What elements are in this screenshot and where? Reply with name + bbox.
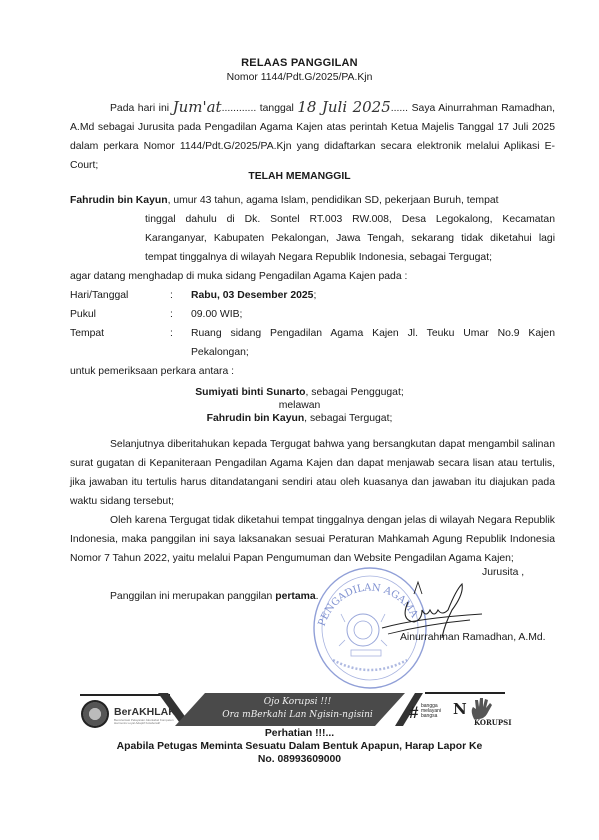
attention-heading: Perhatian !!!...: [0, 728, 599, 739]
notice-paragraph: Selanjutnya diberitahukan kepada Terguga…: [70, 435, 555, 511]
fill-dots: ............: [222, 103, 257, 114]
report-phone-number: No. 08993609000: [0, 754, 599, 765]
plaintiff-line: Sumiyati binti Sunarto, sebagai Pengguga…: [0, 386, 599, 399]
footer-divider-right: [425, 692, 505, 694]
signer-name: Ainurrahman Ramadhan, A.Md.: [400, 632, 546, 643]
no-korupsi-logo: N: [453, 700, 467, 718]
warning-text: Apabila Petugas Meminta Sesuatu Dalam Be…: [0, 741, 599, 752]
defendant-address: tinggal dahulu di Dk. Sontel RT.003 RW.0…: [145, 210, 555, 267]
banner-line-2: Ora mBerkahi Lan Ngisin-ngisini: [205, 709, 390, 722]
intro-paragraph: Pada hari ini Jum'at............ tanggal…: [70, 97, 555, 175]
schedule-label: Hari/Tanggal: [70, 286, 128, 305]
defendant-name: Fahrudin bin Kayun: [70, 195, 168, 206]
signer-role: Jurusita ,: [482, 567, 524, 578]
document-title: RELAAS PANGGILAN: [0, 57, 599, 69]
plaintiff-name: Sumiyati binti Sunarto: [195, 387, 305, 398]
signature-icon: [378, 580, 488, 640]
schedule-colon: :: [170, 286, 173, 305]
intro-text: Pada hari ini: [110, 103, 173, 114]
fill-dots: ......: [391, 103, 408, 114]
exam-text: untuk pemeriksaan perkara antara :: [70, 362, 555, 381]
defendant-party-name: Fahrudin bin Kayun: [207, 413, 305, 424]
handwritten-day: Jum'at: [173, 98, 222, 116]
footer-divider-left: [80, 694, 170, 696]
bangga-melayani-icon: #: [409, 703, 418, 723]
bangga-melayani-text: bangga melayani bangsa: [421, 704, 441, 719]
defendant-line: Fahrudin bin Kayun, sebagai Tergugat;: [0, 412, 599, 425]
handwritten-date: 18 Juli 2025: [297, 98, 390, 116]
banner-line-1: Ojo Korupsi !!!: [205, 696, 390, 709]
schedule-colon: :: [170, 324, 173, 343]
schedule-label: Pukul: [70, 305, 96, 324]
schedule-label: Tempat: [70, 324, 104, 343]
appear-text: agar datang menghadap di muka sidang Pen…: [70, 267, 555, 286]
defendant-details: , umur 43 tahun, agama Islam, pendidikan…: [168, 195, 499, 206]
schedule-date-value: Rabu, 03 Desember 2025: [191, 290, 313, 301]
call-type-text: Panggilan ini merupakan panggilan: [110, 591, 275, 602]
defendant-role: , sebagai Tergugat;: [304, 413, 392, 424]
berakhlak-subtitle: Berorientasi Pelayanan Akuntabel Kompete…: [114, 719, 174, 725]
case-number: Nomor 1144/Pdt.G/2025/PA.Kjn: [0, 72, 599, 83]
schedule-place-value: Ruang sidang Pengadilan Agama Kajen Jl. …: [191, 324, 555, 362]
banner-text: Ojo Korupsi !!! Ora mBerkahi Lan Ngisin-…: [205, 696, 390, 722]
korupsi-text: KORUPSI: [474, 718, 512, 727]
schedule-punct: ;: [313, 290, 316, 301]
defendant-paragraph: Fahrudin bin Kayun, umur 43 tahun, agama…: [70, 191, 555, 210]
schedule-time-value: 09.00 WIB;: [191, 305, 555, 324]
bangsa-word: bangsa: [421, 714, 441, 719]
berakhlak-logo: BerAKHLAK: [114, 706, 176, 718]
heading-summoned: TELAH MEMANGGIL: [0, 171, 599, 182]
schedule-colon: :: [170, 305, 173, 324]
plaintiff-role: , sebagai Penggugat;: [306, 387, 404, 398]
versus-text: melawan: [0, 399, 599, 412]
because-paragraph: Oleh karena Tergugat tidak diketahui tem…: [70, 511, 555, 568]
berakhlak-emblem-icon: [81, 700, 109, 728]
intro-text: tanggal: [256, 103, 297, 114]
